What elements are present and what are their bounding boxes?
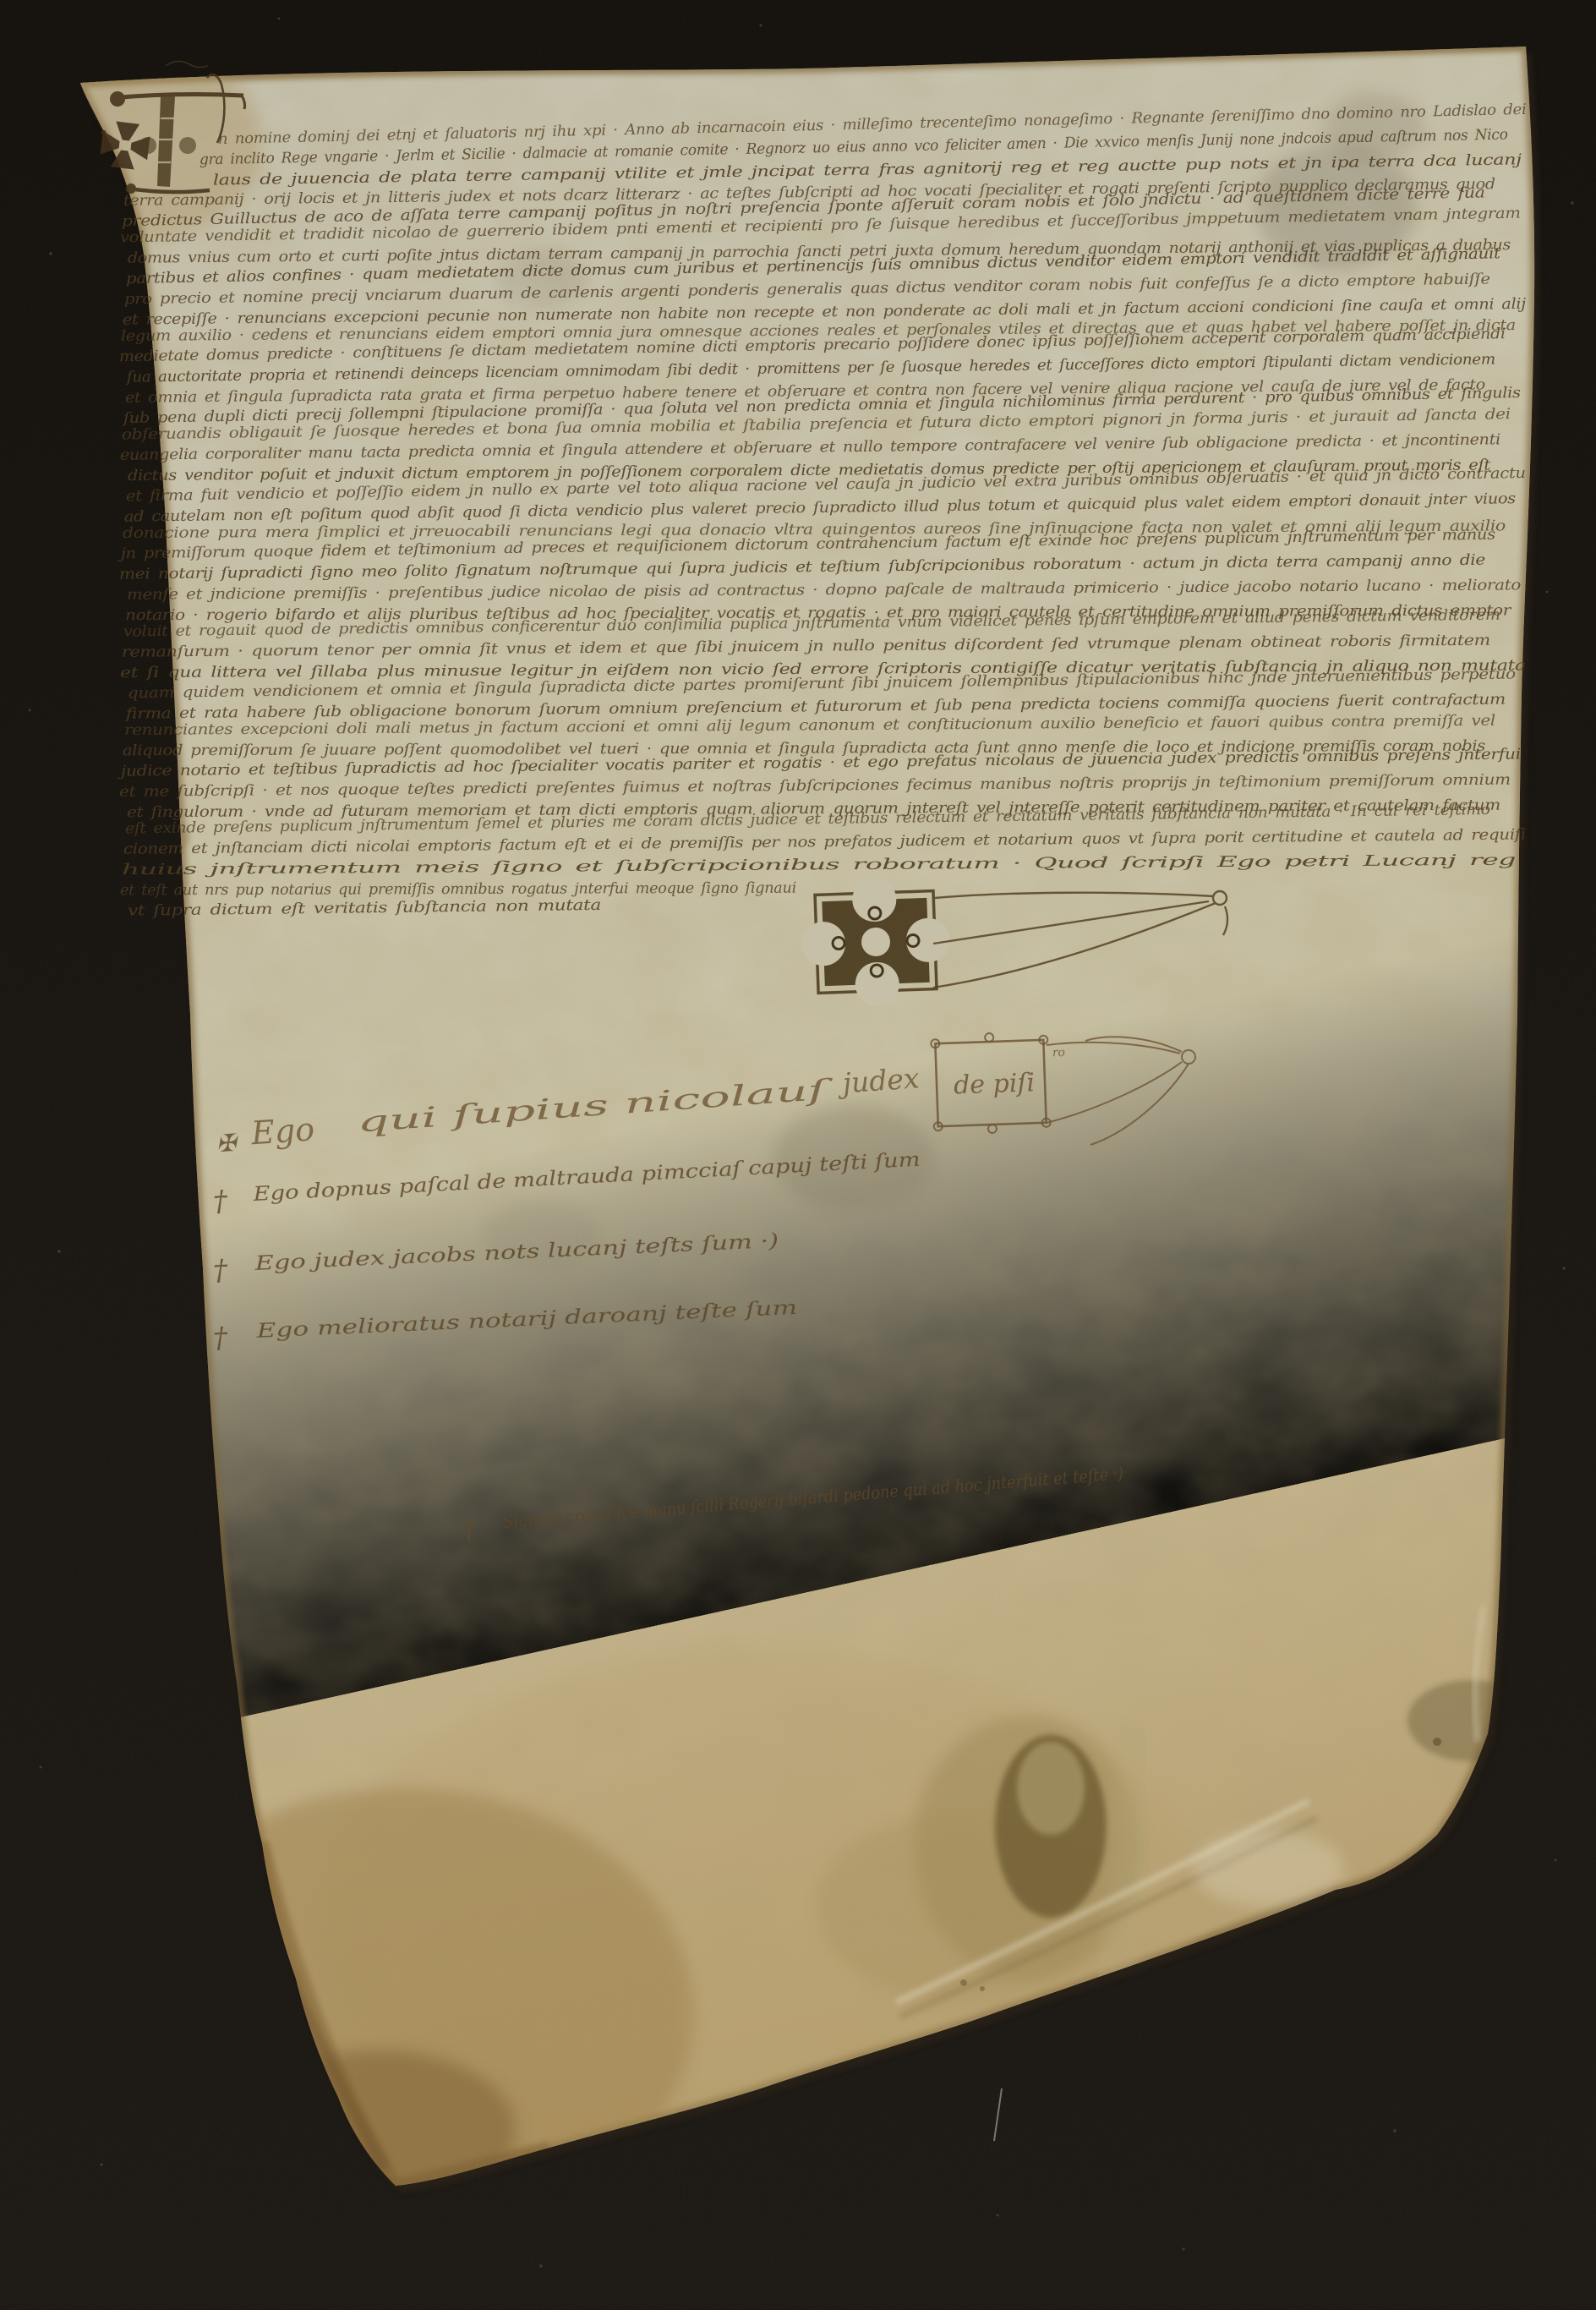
photo-grain-overlay xyxy=(0,0,1596,2310)
photograph-stage: n nomine dominj dei etnj et ſaluatoris n… xyxy=(0,0,1596,2310)
manuscript-photo: n nomine dominj dei etnj et ſaluatoris n… xyxy=(0,0,1596,2310)
